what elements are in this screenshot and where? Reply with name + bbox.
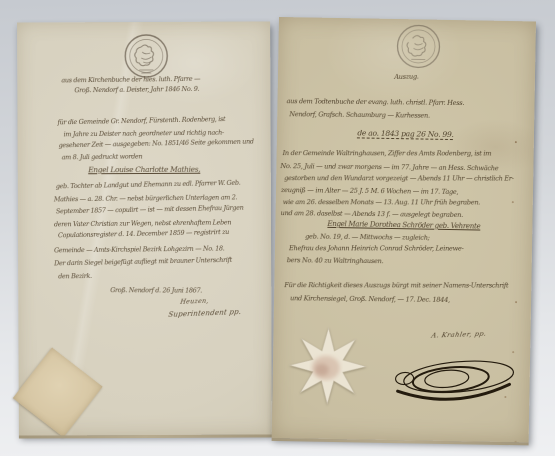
handwriting-line: gesehener Zeit — ausgegeben: No. 1851/46… — [59, 137, 254, 149]
date-line: Groß. Nendorf d. 26 Juni 1867. — [110, 286, 202, 294]
handwriting-line: geb. No. 19, d. — Mittwochs — zugleich; — [305, 232, 430, 241]
handwriting-line: wie am 26. desselben Monats — 13. Aug. 1… — [283, 198, 480, 206]
right-manuscript-page: Auszug. aus dem Todtenbuche der evang. l… — [272, 17, 536, 442]
round-ink-seal-stamp-icon — [122, 32, 170, 80]
reference-line: de ao. 1843 pag 26 No. 99. — [277, 127, 534, 140]
signature-title: Superintendent pp. — [168, 308, 242, 319]
handwriting-line: Gemeinde — Amts-Kirchspiel Bezirk Lohgez… — [54, 244, 224, 254]
left-manuscript-page: aus dem Kirchenbuche der hies. luth. Pfa… — [17, 21, 272, 435]
name-line: Engel Marie Dorothea Schröder geb. Vehre… — [275, 219, 532, 231]
handwriting-line: Groß. Nendorf a. Deister, Jahr 1846 No. … — [74, 85, 199, 94]
handwriting-line: am 8. Juli gedruckt worden — [62, 152, 143, 161]
handwriting-line: Copulationsregister d. 14. December 1859… — [58, 228, 229, 239]
handwriting-line: deren Vater Christian zur Wegen, nebst e… — [54, 218, 231, 228]
document-title: Auszug. — [278, 71, 535, 83]
handwriting-line: für die Gemeinde Gr. Nendorf, Fürstenth.… — [57, 115, 225, 126]
handwriting-line: und Kirchensiegel, Groß. Nendorf, — 17. … — [290, 294, 450, 304]
handwriting-line: im Jahre zu Deister nach geordneter und … — [64, 129, 224, 139]
paper-repair-patch — [13, 347, 103, 437]
eight-point-star-paper-seal-icon — [287, 325, 368, 406]
handwriting-line: Mathies — a. 28. Chr. — nebst bürgerlich… — [54, 193, 237, 203]
handwriting-line: In der Gemeinde Waltringhausen, Ziffer d… — [283, 149, 492, 157]
handwriting-line: zeugniß — im Alter — 25 J. 5 M. 6 Wochen… — [281, 186, 458, 196]
ink-paraph-flourish-icon — [388, 351, 521, 405]
handwriting-line: aus dem Kirchenbuche der hies. luth. Pfa… — [61, 75, 200, 85]
handwriting-line: gestorben und den Wundarzt vorgezeigt — … — [284, 174, 513, 182]
name-line: Engel Louise Charlotte Mathies, — [18, 164, 271, 174]
handwriting-line: aus dem Todtenbuche der evang. luth. chr… — [286, 97, 464, 107]
handwriting-line: den Bezirk. — [58, 272, 92, 280]
paper-stain-speckles — [515, 141, 517, 143]
handwriting-line: No. 25, Juli — und zwar morgens — im 77.… — [280, 162, 498, 172]
handwriting-line: Ehefrau des Johann Heinrich Conrad Schrö… — [289, 244, 464, 252]
photo-of-two-manuscripts: aus dem Kirchenbuche der hies. luth. Pfa… — [0, 0, 555, 456]
handwriting-line: und am 28. daselbst — Abends 13 f. — aus… — [281, 209, 463, 219]
handwriting-line: Für die Richtigkeit dieses Auszugs bürgt… — [284, 281, 508, 289]
signature: A. Krahler, pp. — [431, 330, 488, 340]
round-ink-seal-stamp-icon — [394, 22, 443, 71]
handwriting-line: Der darin Siegel beigefügt aufliegt mit … — [54, 256, 232, 268]
handwriting-line: September 1857 — copulirt — ist — mit de… — [56, 204, 244, 216]
signature: Heuzen, — [180, 297, 209, 306]
handwriting-line: Nendorf, Grafsch. Schaumburg — Kurhessen… — [289, 110, 430, 119]
handwriting-line: bers No. 40 zu Waltringhausen. — [287, 256, 384, 265]
handwriting-line: geb. Tochter ab Landgut und Ehemann zu e… — [56, 179, 241, 191]
